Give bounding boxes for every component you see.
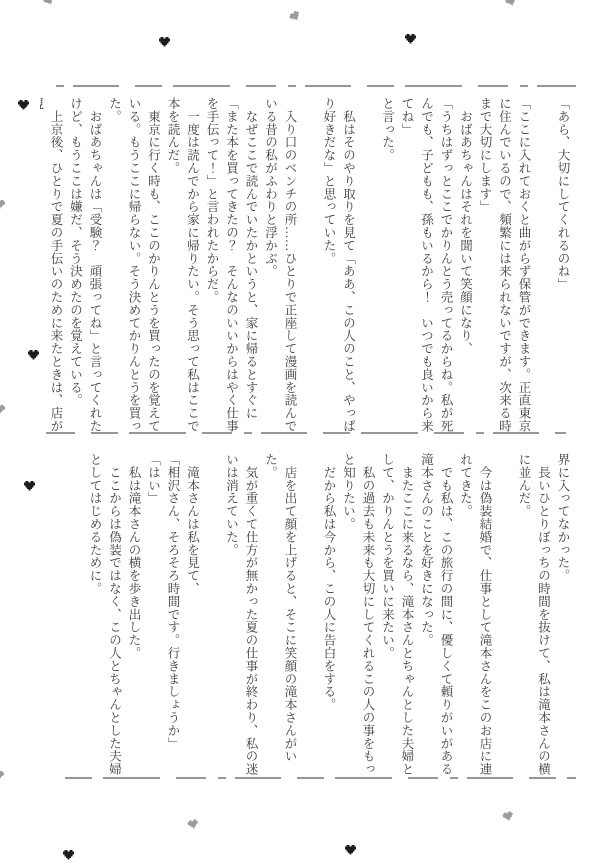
heart-icon: [505, 0, 517, 7]
heart-icon: [0, 771, 4, 780]
heart-icon: [43, 0, 56, 6]
heart-icon: [187, 819, 198, 829]
heart-icon: [0, 200, 5, 209]
heart-icon: [18, 100, 29, 109]
heart-icon: [0, 405, 5, 414]
heart-icon: [28, 350, 39, 359]
section-divider-top: [56, 84, 576, 88]
heart-icon: [63, 850, 74, 859]
heart-icon: [24, 481, 35, 490]
section-divider-middle: [46, 431, 566, 435]
heart-icon: [502, 811, 514, 822]
story-text-top: 「あら、大切にしてくれるのね」 「ここに入れておくと曲がらず保管ができます。正直…: [40, 97, 572, 435]
heart-icon: [288, 10, 301, 23]
story-text-bottom: 界に入ってなかった。 長いひとりぼっちの時間を抜けて、私は滝本さんの横に並んだ。…: [40, 453, 572, 779]
heart-icon: [345, 845, 356, 854]
page-canvas: 「あら、大切にしてくれるのね」 「ここに入れておくと曲がらず保管ができます。正直…: [0, 0, 609, 864]
section-divider-bottom: [56, 776, 576, 780]
heart-icon: [159, 37, 170, 46]
heart-icon: [405, 34, 416, 43]
